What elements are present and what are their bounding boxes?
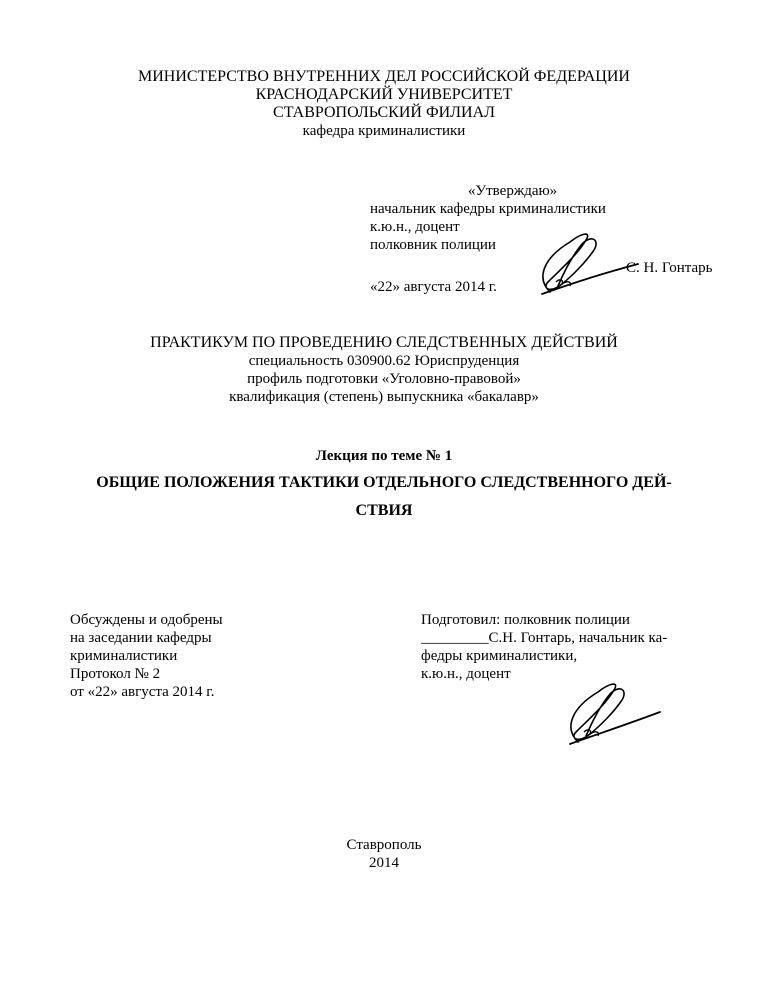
approval-heading: «Утверждаю» [468, 183, 557, 200]
course-profile: профиль подготовки «Уголовно-правовой» [0, 371, 768, 388]
branch-name: СТАВРОПОЛЬСКИЙ ФИЛИАЛ [0, 104, 768, 122]
course-specialty: специальность 030900.62 Юриспруденция [0, 353, 768, 370]
lecture-title-line2: СТВИЯ [0, 502, 768, 520]
discussed-line: криминалистики [70, 648, 223, 666]
discussed-line: от «22» августа 2014 г. [70, 684, 223, 702]
discussed-line: Обсуждены и одобрены [70, 612, 223, 630]
prepared-line: _________С.Н. Гонтарь, начальник ка- [421, 630, 667, 648]
signature-icon [548, 672, 668, 752]
footer-city: Ставрополь [0, 837, 768, 854]
discussed-line: на заседании кафедры [70, 630, 223, 648]
department-name: кафедра криминалистики [0, 123, 768, 140]
approval-date: «22» августа 2014 г. [370, 279, 497, 296]
course-qualification: квалификация (степень) выпускника «бакал… [0, 389, 768, 406]
signature-icon [520, 222, 640, 302]
university-name: КРАСНОДАРСКИЙ УНИВЕРСИТЕТ [0, 86, 768, 104]
approval-line: начальник кафедры криминалистики [370, 201, 606, 219]
prepared-line: Подготовил: полковник полиции [421, 612, 667, 630]
lecture-title-line1: ОБЩИЕ ПОЛОЖЕНИЯ ТАКТИКИ ОТДЕЛЬНОГО СЛЕДС… [0, 474, 768, 492]
lecture-label: Лекция по теме № 1 [0, 448, 768, 465]
discussed-block: Обсуждены и одобрены на заседании кафедр… [70, 612, 223, 702]
footer-year: 2014 [0, 855, 768, 872]
ministry-name: МИНИСТЕРСТВО ВНУТРЕННИХ ДЕЛ РОССИЙСКОЙ Ф… [0, 68, 768, 86]
discussed-line: Протокол № 2 [70, 666, 223, 684]
prepared-line: федры криминалистики, [421, 648, 667, 666]
course-title: ПРАКТИКУМ ПО ПРОВЕДЕНИЮ СЛЕДСТВЕННЫХ ДЕЙ… [0, 334, 768, 352]
